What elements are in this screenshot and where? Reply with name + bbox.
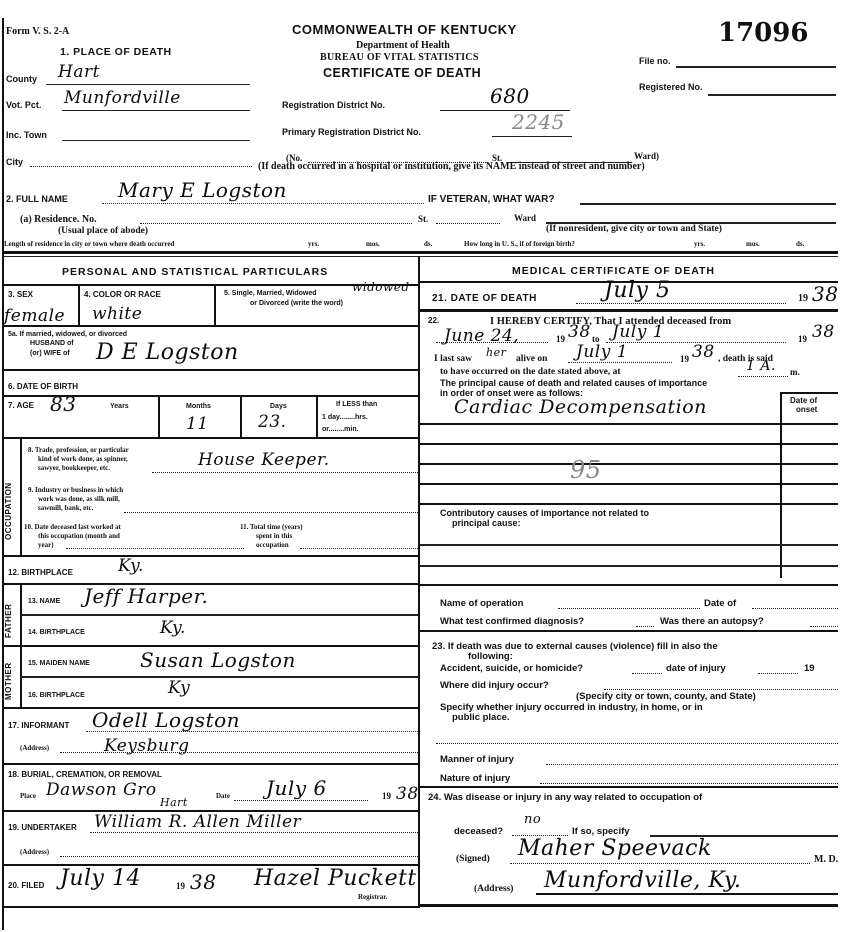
undertaker-address-line[interactable] (60, 856, 418, 857)
industry-label-3: sawmill, bank, etc. (38, 504, 93, 512)
inc-town-label: Inc. Town (6, 130, 47, 140)
last-saw-label: I last saw (434, 354, 472, 364)
row-sex-bottom (2, 325, 418, 327)
days-value[interactable]: 23. (258, 412, 287, 432)
alive-on-label: alive on (516, 354, 547, 364)
informant-address-label: (Address) (20, 744, 49, 752)
signed-label: (Signed) (456, 854, 490, 864)
onset-column-divider (780, 392, 782, 578)
days-label: Days (270, 403, 287, 411)
reg-district-value[interactable]: 680 (490, 84, 530, 108)
spouse-label-3: (or) WIFE of (30, 350, 70, 358)
registrar-label: Registrar. (358, 893, 387, 901)
accident-label: Accident, suicide, or homicide? (440, 663, 583, 674)
burial-year-prefix: 19 (382, 792, 391, 800)
months-label: Months (186, 403, 211, 411)
hospital-note: (If death occurred in a hospital or inst… (258, 161, 645, 172)
registered-no-label: Registered No. (639, 82, 703, 92)
contributory-label-2: principal cause: (452, 518, 521, 528)
race-value[interactable]: white (92, 304, 142, 324)
primary-reg-district-value[interactable]: 2245 (512, 110, 565, 134)
trade-value[interactable]: House Keeper. (198, 450, 330, 470)
us-yrs: yrs. (694, 240, 705, 248)
diagnosis-bottom (420, 630, 838, 632)
left-bottom-rule (2, 906, 418, 908)
attended-from-value[interactable]: June 24, (444, 326, 519, 346)
dob-label: 6. DATE OF BIRTH (8, 382, 78, 391)
less-than-label: If LESS than (336, 401, 377, 409)
contributory-line-3[interactable] (420, 584, 838, 586)
marital-label-2: or Divorced (write the word) (250, 300, 343, 308)
trade-label-3: sawyer, bookkeeper, etc. (38, 464, 110, 472)
father-birthplace-label: 14. BIRTHPLACE (28, 629, 85, 637)
row-father-bottom (2, 645, 418, 647)
residence-label: (a) Residence. No. (20, 214, 97, 225)
vot-pct-line (62, 110, 250, 111)
occupation-related-label-2: deceased? (454, 826, 503, 837)
sex-race-divider (78, 284, 80, 326)
file-no-label: File no. (639, 56, 671, 66)
occupation-related-label-1: 24. Was disease or injury in any way rel… (428, 792, 702, 803)
mother-maiden-label: 15. MAIDEN NAME (28, 660, 90, 668)
total-time-line[interactable] (300, 548, 418, 549)
county-label: County (6, 74, 37, 84)
mother-birthplace-value[interactable]: Ky (168, 678, 190, 698)
last-saw-line (568, 362, 672, 363)
md-label: M. D. (814, 854, 838, 865)
principal-cause-value[interactable]: Cardiac Decompensation (454, 396, 707, 418)
last-worked-label-1: 10. Date deceased last worked at (24, 523, 121, 531)
row-father-name-bottom (20, 614, 418, 616)
marital-label-1: 5. Single, Married, Widowed (224, 290, 317, 298)
spouse-label-1: 5a. If married, widowed, or divorced (8, 331, 127, 339)
months-days-divider (240, 395, 242, 437)
trade-label-1: 8. Trade, profession, or particular (28, 446, 129, 454)
form-id: Form V. S. 2-A (6, 26, 69, 37)
spouse-value[interactable]: D E Logston (96, 340, 239, 365)
ward-label: Ward) (634, 151, 659, 161)
filed-year-prefix: 19 (176, 882, 185, 890)
full-name-line (102, 203, 424, 204)
sex-value[interactable]: female (4, 306, 65, 326)
time-value[interactable]: 1 A. (746, 358, 776, 374)
attended-from-line (436, 342, 548, 343)
address-line (536, 893, 838, 895)
spouse-label-2: HUSBAND of (30, 340, 74, 348)
attended-from-year-prefix: 19 (556, 334, 565, 344)
injury-date-label: date of injury (666, 663, 726, 674)
informant-value[interactable]: Odell Logston (92, 708, 240, 732)
certificate-title: CERTIFICATE OF DEATH (323, 66, 481, 80)
last-saw-date-value[interactable]: July 1 (576, 342, 628, 362)
last-worked-label-3: year) (38, 541, 54, 549)
center-divider (418, 256, 420, 908)
nature-label: Nature of injury (440, 773, 510, 784)
time-line (738, 376, 788, 377)
header-bottom-rule (2, 251, 838, 254)
cause-line-1[interactable] (420, 423, 838, 425)
file-no-line[interactable] (676, 66, 836, 68)
test-label: What test confirmed diagnosis? (440, 616, 584, 627)
county-value[interactable]: Hart (58, 62, 100, 82)
length-residence-label: Length of residence in city or town wher… (4, 240, 174, 248)
right-bottom-rule (420, 904, 838, 907)
residence-st-label: St. (418, 214, 428, 224)
sex-label: 3. SEX (8, 290, 33, 299)
length-ds: ds. (424, 240, 432, 248)
cause-line-2[interactable] (420, 443, 838, 445)
place-extra: Hart (160, 796, 188, 809)
full-name-label: 2. FULL NAME (6, 194, 68, 204)
registrar-value[interactable]: Hazel Puckett (254, 866, 417, 891)
principal-cause-label-1: The principal cause of death and related… (440, 378, 707, 388)
years-label: Years (110, 403, 129, 411)
date-of-death-label: 21. DATE OF DEATH (432, 293, 537, 304)
external-label-2: following: (468, 651, 513, 662)
where-injury-line[interactable] (604, 689, 838, 690)
burial-date-value[interactable]: July 6 (266, 776, 327, 800)
header-bottom-rule-2 (2, 256, 838, 257)
cause-line-4[interactable] (420, 483, 838, 485)
injury-date-line[interactable] (758, 673, 798, 674)
mother-maiden-value[interactable]: Susan Logston (140, 648, 296, 672)
date-of-death-line (576, 303, 786, 304)
certify-number: 22. (428, 316, 439, 325)
attended-to-year-value[interactable]: 38 (812, 322, 835, 342)
occupation-side-divider (20, 437, 22, 555)
us-ds: ds. (796, 240, 804, 248)
veteran-line[interactable] (580, 203, 836, 205)
total-time-label-2: spent in this (256, 532, 292, 540)
burial-date-line (234, 800, 368, 801)
birthplace-value[interactable]: Ky. (118, 556, 144, 576)
last-saw-year-prefix: 19 (680, 354, 689, 364)
father-birthplace-value[interactable]: Ky. (160, 618, 186, 638)
filed-label: 20. FILED (8, 882, 44, 890)
days-less-divider (316, 395, 318, 437)
attended-to-value[interactable]: July 1 (612, 322, 664, 342)
informant-line (86, 731, 418, 732)
row-age-bottom (2, 437, 418, 439)
nature-line[interactable] (540, 783, 838, 784)
inc-town-line[interactable] (62, 140, 250, 141)
accident-line[interactable] (632, 673, 662, 674)
age-years-value[interactable]: 83 (50, 392, 76, 416)
certify-text: I HEREBY CERTIFY, That I attended deceas… (490, 316, 731, 327)
attended-from-year-value[interactable]: 38 (568, 322, 591, 342)
residence-st-line[interactable] (436, 223, 500, 224)
operation-label: Name of operation (440, 598, 523, 609)
personal-section-title: PERSONAL AND STATISTICAL PARTICULARS (62, 266, 328, 278)
test-line[interactable] (636, 626, 654, 627)
burial-year-value[interactable]: 38 (396, 784, 419, 804)
row-spouse-bottom (2, 369, 418, 371)
date-of-death-year-value[interactable]: 38 (812, 282, 838, 306)
attended-to-year-prefix: 19 (798, 334, 807, 344)
vot-pct-label: Vot. Pct. (6, 100, 41, 110)
father-name-value[interactable]: Jeff Harper. (84, 584, 208, 608)
total-time-label-1: 11. Total time (years) (240, 523, 303, 531)
contributory-label-1: Contributory causes of importance not re… (440, 508, 649, 518)
last-worked-line[interactable] (66, 548, 244, 549)
city-line[interactable] (30, 166, 252, 167)
manner-line[interactable] (546, 764, 838, 765)
certificate-number: 17096 (718, 18, 808, 48)
industry-label-1: 9. Industry or business in which (28, 486, 123, 494)
vot-pct-value[interactable]: Munfordville (64, 88, 181, 108)
us-mos: mos. (746, 240, 760, 248)
total-time-label-3: occupation (256, 541, 289, 549)
time-suffix: m. (790, 367, 800, 377)
full-name-value[interactable]: Mary E Logston (118, 178, 287, 202)
specify-whether-2: public place. (452, 712, 510, 723)
injury-year-label: 19 (804, 663, 815, 674)
operation-line[interactable] (558, 608, 700, 609)
row-informant-bottom (2, 763, 418, 765)
commonwealth-title: COMMONWEALTH OF KENTUCKY (292, 22, 517, 37)
operation-date-line[interactable] (752, 608, 838, 609)
informant-label: 17. INFORMANT (8, 722, 69, 730)
contributory-line-1[interactable] (420, 544, 838, 546)
registered-no-line[interactable] (708, 94, 836, 96)
county-line (46, 84, 250, 85)
autopsy-label: Was there an autopsy? (660, 616, 764, 627)
filed-date-value[interactable]: July 14 (60, 866, 141, 891)
where-injury-label: Where did injury occur? (440, 680, 549, 691)
reg-district-label: Registration District No. (282, 100, 385, 110)
bureau-name: BUREAU OF VITAL STATISTICS (320, 52, 479, 63)
date-of-onset-label-1: Date of (790, 397, 817, 405)
trade-label-2: kind of work done, as spinner, (38, 455, 128, 463)
address-label: (Address) (474, 884, 513, 894)
primary-reg-district-line (492, 136, 572, 137)
occupation-side-label: OCCUPATION (4, 482, 13, 540)
date-of-onset-label-2: onset (796, 406, 817, 414)
row-birthplace-bottom (2, 583, 418, 585)
manner-label: Manner of injury (440, 754, 514, 765)
date-of-death-bottom (420, 309, 838, 312)
date-of-death-year-prefix: 19 (798, 293, 808, 304)
birthplace-label: 12. BIRTHPLACE (8, 568, 73, 577)
onset-column-top (780, 392, 838, 394)
mother-side-label: MOTHER (4, 662, 13, 700)
specify-whether-line[interactable] (436, 743, 838, 744)
place-of-death-heading: 1. PLACE OF DEATH (60, 46, 172, 58)
department-name: Department of Health (356, 40, 450, 51)
operation-date-label: Date of (704, 598, 736, 609)
date-of-death-value[interactable]: July 5 (604, 278, 670, 303)
burial-date-label: Date (216, 792, 230, 800)
undertaker-label: 19. UNDERTAKER (8, 824, 77, 832)
industry-line[interactable] (124, 512, 418, 513)
trade-line (152, 472, 418, 473)
signed-line (510, 863, 810, 864)
code-mark: 95 (570, 456, 602, 484)
medical-section-title: MEDICAL CERTIFICATE OF DEATH (512, 265, 715, 277)
residence-ward-label: Ward (514, 213, 536, 223)
occurred-label: to have occurred on the date stated abov… (440, 367, 621, 377)
cause-line-3[interactable] (420, 463, 838, 465)
months-value[interactable]: 11 (186, 414, 209, 434)
length-mos: mos. (366, 240, 380, 248)
last-saw-pronoun[interactable]: her (486, 346, 506, 359)
cause-line-5[interactable] (420, 503, 838, 505)
usual-place-note: (Usual place of abode) (58, 226, 148, 236)
age-months-divider (158, 395, 160, 437)
autopsy-line[interactable] (810, 626, 838, 627)
age-label: 7. AGE (8, 401, 34, 410)
contributory-line-2[interactable] (420, 565, 838, 567)
informant-address-line (60, 752, 418, 753)
filed-year-value[interactable]: 38 (190, 870, 216, 894)
place-label: Place (20, 792, 36, 800)
father-name-label: 13. NAME (28, 598, 60, 606)
row-mother-maiden-bottom (20, 676, 418, 678)
city-label: City (6, 157, 23, 167)
undertaker-value[interactable]: William R. Allen Miller (94, 812, 301, 832)
nature-bottom (420, 786, 838, 788)
burial-label: 18. BURIAL, CREMATION, OR REMOVAL (8, 771, 162, 779)
row-occupation-bottom (2, 555, 418, 557)
how-long-us-label: How long in U. S., if of foreign birth? (464, 240, 575, 248)
address-value[interactable]: Munfordville, Ky. (544, 868, 741, 893)
last-saw-year-value[interactable]: 38 (692, 342, 715, 362)
undertaker-address-label: (Address) (20, 848, 49, 856)
marital-value[interactable]: widowed (352, 280, 410, 294)
race-label: 4. COLOR OR RACE (84, 290, 161, 299)
mother-birthplace-label: 16. BIRTHPLACE (28, 692, 85, 700)
last-worked-label-2: this occupation (month and (38, 532, 120, 540)
undertaker-line (90, 832, 418, 833)
less-than-min: or........min. (322, 426, 359, 434)
race-marital-divider (214, 284, 216, 326)
specify-city-note: (Specify city or town, county, and State… (576, 691, 756, 702)
father-side-label: FATHER (4, 604, 13, 638)
informant-address-value[interactable]: Keysburg (104, 736, 189, 756)
less-than-day: 1 day........hrs. (322, 414, 368, 422)
nonresident-note: (If nonresident, give city or town and S… (546, 224, 722, 234)
veteran-label: IF VETERAN, WHAT WAR? (428, 194, 554, 205)
occupation-related-value[interactable]: no (524, 812, 541, 827)
primary-reg-district-label: Primary Registration District No. (282, 127, 421, 137)
industry-label-2: work was done, as silk mill, (38, 495, 120, 503)
length-yrs: yrs. (308, 240, 319, 248)
signed-value[interactable]: Maher Speevack (518, 836, 712, 861)
place-value[interactable]: Dawson Gro (46, 780, 157, 800)
residence-line[interactable] (140, 223, 412, 224)
left-border (2, 18, 4, 930)
